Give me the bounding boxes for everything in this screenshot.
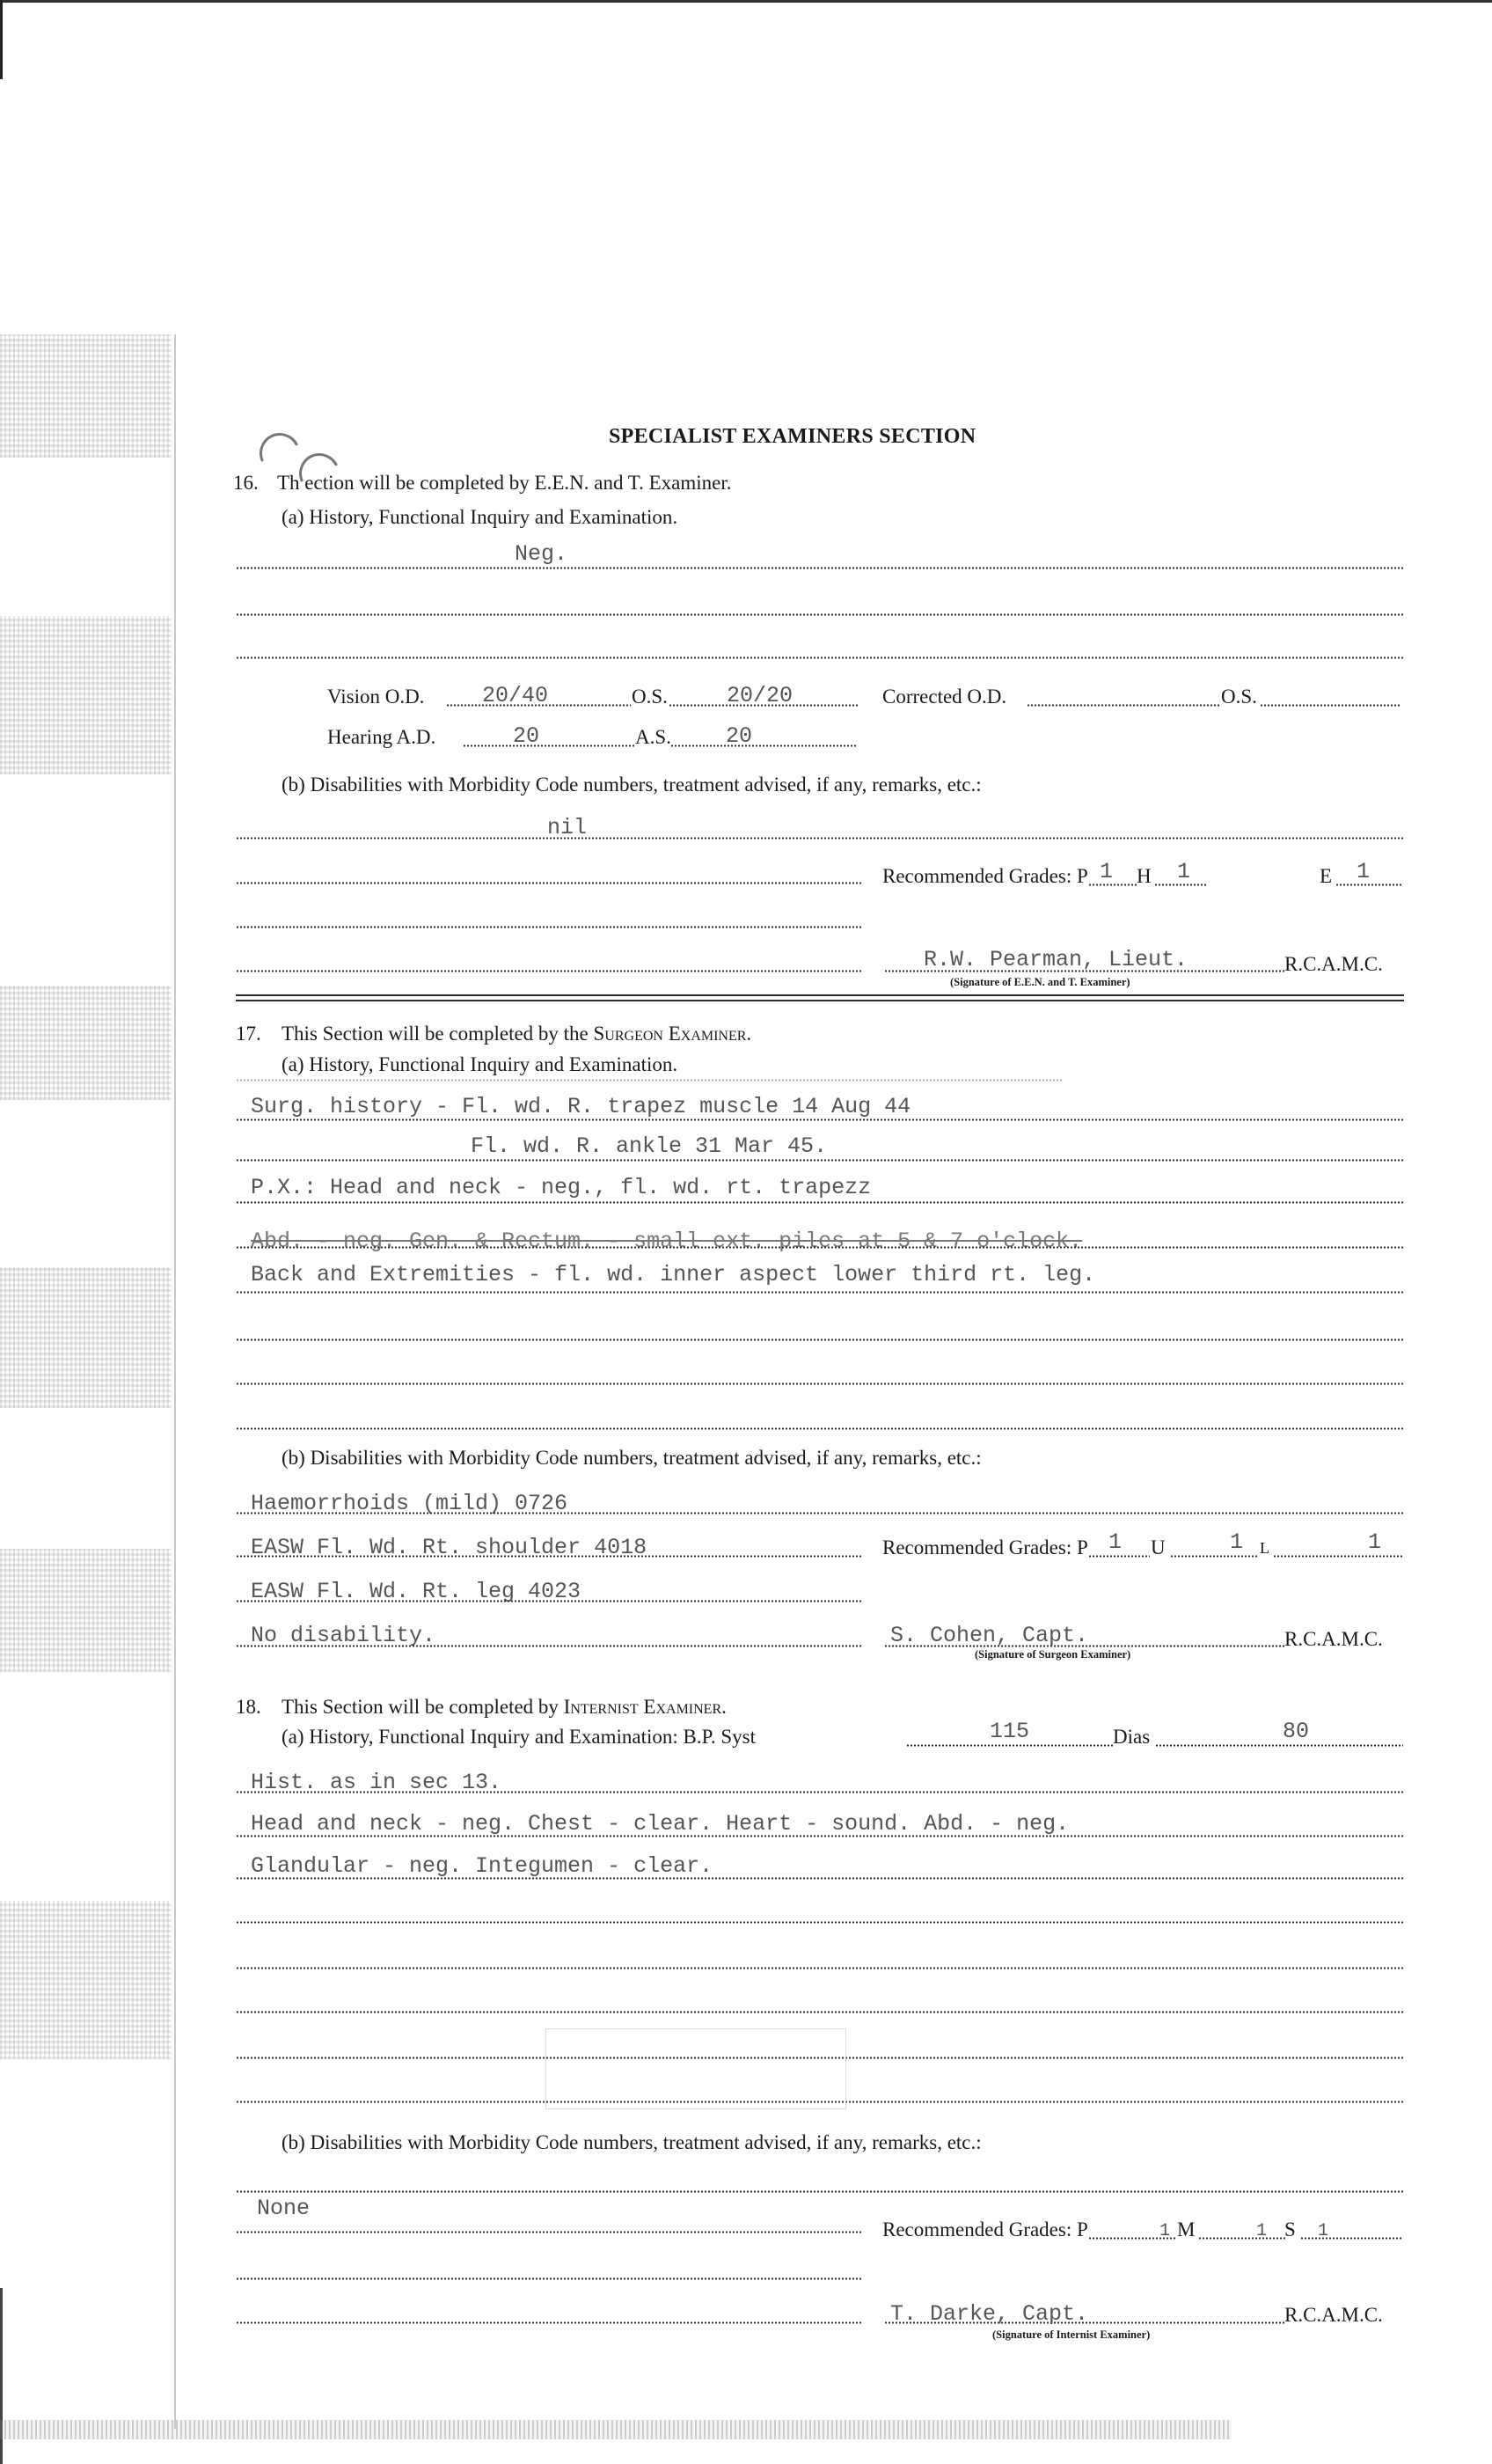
scan-smudge: [0, 986, 172, 1100]
corrected-od-label: Corrected O.D.: [882, 686, 1006, 707]
section-17-struck-entry: Abd. - neg. Gen. & Rectum. - small ext. …: [251, 1230, 1082, 1252]
grade-h-label: H: [1137, 866, 1152, 886]
entry-line: [236, 1835, 1404, 1837]
grade-p-value: 1: [1108, 1531, 1122, 1553]
section-divider: [236, 1000, 1404, 1001]
entry-line: [236, 656, 1404, 659]
grade-m-label: M: [1177, 2219, 1195, 2240]
grade-l-label: L: [1260, 1540, 1269, 1556]
section-18-signature: T. Darke, Capt.: [890, 2303, 1088, 2325]
section-16-part-b-label: (b) Disabilities with Morbidity Code num…: [282, 774, 982, 795]
entry-line: [236, 2277, 862, 2280]
entry-line: [236, 1246, 1404, 1249]
section-16-number: 16.: [233, 473, 259, 493]
scan-bottom-band: [0, 2420, 1232, 2439]
vision-od-value: 20/40: [482, 685, 548, 707]
section-17-corps: R.C.A.M.C.: [1284, 1629, 1383, 1649]
section-17-role: Surgeon Examiner.: [594, 1023, 752, 1045]
section-18-role: Internist Examiner.: [564, 1696, 727, 1718]
entry-line: [236, 1921, 1404, 1924]
grade-u-value: 1: [1230, 1531, 1243, 1553]
section-16-part-a-label: (a) History, Functional Inquiry and Exam…: [282, 507, 677, 527]
grade-s-label: S: [1284, 2219, 1296, 2240]
entry-line: [236, 1159, 1404, 1162]
entry-line: [236, 1555, 862, 1558]
entry-line: [236, 1338, 1404, 1341]
scan-smudge: [0, 334, 172, 458]
section-17-heading-text: This Section will be completed by the: [282, 1023, 594, 1045]
entry-line: [906, 1744, 1113, 1747]
section-16-heading: Th ection will be completed by E.E.N. an…: [277, 473, 732, 493]
section-18-part-b-label: (b) Disabilities with Morbidity Code num…: [282, 2132, 982, 2152]
entry-line: [236, 1382, 1404, 1385]
section-18-grades-label: Recommended Grades: P: [882, 2219, 1088, 2240]
section-17-history-entry: P.X.: Head and neck - neg., fl. wd. rt. …: [251, 1177, 871, 1199]
scan-smudge: [0, 1901, 172, 2059]
vision-os-value: 20/20: [727, 685, 793, 707]
entry-line: [236, 837, 1404, 840]
section-16-corps: R.C.A.M.C.: [1284, 954, 1383, 974]
corrected-os-line: [1260, 704, 1401, 707]
grade-p-value: 1: [1100, 861, 1113, 883]
entry-line: [1155, 1744, 1403, 1747]
section-17-heading: This Section will be completed by the Su…: [282, 1023, 751, 1044]
entry-line: [1273, 1555, 1403, 1558]
entry-line: [236, 882, 862, 884]
hearing-as-label: A.S.: [635, 727, 671, 747]
grade-m-value: 1: [1256, 2223, 1267, 2240]
bp-diastolic-value: 80: [1283, 1720, 1309, 1742]
section-17-signature: S. Cohen, Capt.: [890, 1624, 1088, 1646]
section-16-grades-label: Recommended Grades: P: [882, 866, 1088, 886]
entry-line: [1088, 1555, 1150, 1558]
grade-h-value: 1: [1177, 861, 1190, 883]
grade-e-value: 1: [1357, 861, 1370, 883]
section-18-corps: R.C.A.M.C.: [1284, 2305, 1383, 2325]
entry-line: [463, 744, 634, 747]
section-18-part-a-label: (a) History, Functional Inquiry and Exam…: [282, 1727, 756, 1747]
section-18-heading-text: This Section will be completed by: [282, 1696, 564, 1718]
section-18-disability-entry: None: [257, 2197, 310, 2219]
section-18-heading: This Section will be completed by Intern…: [282, 1697, 727, 1717]
section-18-history-entry: Glandular - neg. Integumen - clear.: [251, 1855, 713, 1877]
corrected-os-label: O.S.: [1221, 686, 1257, 707]
section-17-grades-label: Recommended Grades: P: [882, 1537, 1088, 1558]
section-18-signature-caption: (Signature of Internist Examiner): [992, 2329, 1150, 2341]
entry-line: [1198, 2237, 1286, 2240]
grade-p-value: 1: [1159, 2223, 1170, 2240]
section-17-history-entry: Back and Extremities - fl. wd. inner asp…: [251, 1264, 1095, 1286]
section-17-history-entry: Fl. wd. R. ankle 31 Mar 45.: [471, 1135, 827, 1157]
grade-u-label: U: [1151, 1537, 1166, 1558]
bp-dias-label: Dias: [1113, 1727, 1150, 1747]
entry-line: [236, 1791, 1404, 1793]
vision-os-label: O.S.: [632, 686, 668, 707]
entry-line: [236, 1600, 862, 1602]
scan-smudge: [0, 1549, 172, 1672]
section-17-signature-caption: (Signature of Surgeon Examiner): [975, 1649, 1130, 1661]
entry-line: [236, 613, 1404, 616]
corrected-od-line: [1027, 704, 1220, 707]
page-title: SPECIALIST EXAMINERS SECTION: [609, 426, 976, 447]
entry-line: [236, 1118, 1404, 1121]
bp-systolic-value: 115: [990, 1720, 1029, 1742]
section-16-history-entry: Neg.: [515, 543, 567, 565]
grade-s-value: 1: [1318, 2223, 1328, 2240]
section-17-disability-entry: No disability.: [251, 1624, 435, 1646]
entry-line: [236, 2321, 862, 2324]
entry-line: [236, 1967, 1404, 1969]
section-17-number: 17.: [236, 1023, 261, 1044]
scan-edge-left: [0, 0, 3, 79]
entry-line: [236, 567, 1404, 569]
section-18-history-entry: Head and neck - neg. Chest - clear. Hear…: [251, 1813, 1069, 1835]
entry-line: [236, 970, 862, 972]
entry-line: [236, 2231, 862, 2233]
hearing-ad-label: Hearing A.D.: [327, 727, 435, 747]
entry-line: [236, 1877, 1404, 1880]
grade-l-value: 1: [1368, 1531, 1381, 1553]
entry-line: [236, 1512, 1404, 1514]
section-divider: [236, 994, 1404, 996]
entry-line: [670, 744, 858, 747]
entry-line: [236, 1645, 862, 1647]
scan-smudge: [0, 1267, 172, 1408]
section-16-signature-caption: (Signature of E.E.N. and T. Examiner): [950, 977, 1130, 988]
hearing-ad-value: 20: [513, 725, 539, 747]
entry-line: [236, 1291, 1404, 1294]
section-16-disability-entry: nil: [547, 817, 587, 839]
section-17-part-a-label: (a) History, Functional Inquiry and Exam…: [282, 1054, 677, 1074]
entry-line: [236, 1427, 1404, 1430]
entry-line: [1300, 2237, 1403, 2240]
section-16-signature: R.W. Pearman, Lieut.: [924, 949, 1188, 971]
entry-line: [236, 1201, 1404, 1204]
entry-line: [236, 2011, 1404, 2013]
page-fold-line: [174, 334, 176, 2429]
entry-line: [1170, 1555, 1258, 1558]
scan-smudge: [0, 616, 172, 774]
entry-line: [236, 2190, 1404, 2193]
entry-line: [236, 926, 862, 928]
section-17-history-entry: Surg. history - Fl. wd. R. trapez muscle…: [251, 1096, 911, 1118]
faint-line: [236, 1079, 1063, 1082]
grade-e-label: E: [1320, 866, 1332, 886]
section-18-number: 18.: [236, 1697, 261, 1717]
scan-edge-top: [0, 0, 1492, 3]
hearing-as-value: 20: [726, 725, 752, 747]
section-17-part-b-label: (b) Disabilities with Morbidity Code num…: [282, 1448, 982, 1468]
vision-od-label: Vision O.D.: [327, 686, 424, 707]
faint-stamp-box: [545, 2028, 846, 2109]
